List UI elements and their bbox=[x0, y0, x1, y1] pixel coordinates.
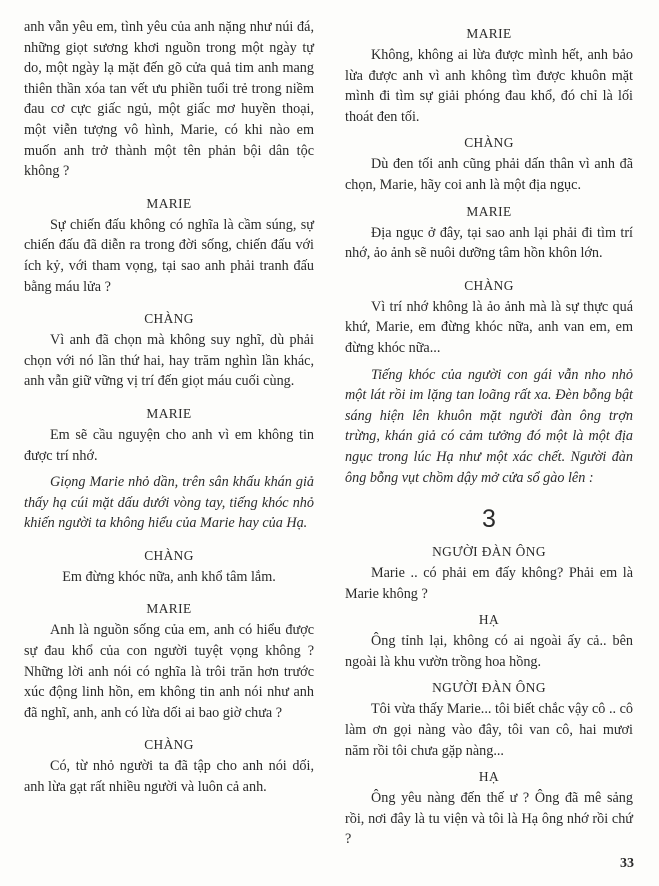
speaker-name: HẠ bbox=[345, 767, 633, 787]
dialogue-text: Ông yêu nàng đến thế ư ? Ông đã mê sảng … bbox=[345, 788, 633, 850]
speaker-name: MARIE bbox=[24, 194, 314, 214]
left-column: anh vẫn yêu em, tình yêu của anh nặng nh… bbox=[24, 0, 314, 804]
dialogue-text: Không, không ai lừa được mình hết, anh b… bbox=[345, 45, 633, 127]
right-column: MARIE Không, không ai lừa được mình hết,… bbox=[345, 0, 633, 856]
dialogue-text: Marie .. có phải em đấy không? Phải em l… bbox=[345, 563, 633, 604]
dialogue-text: Vì anh đã chọn mà không suy nghĩ, dù phả… bbox=[24, 330, 314, 392]
speaker-name: CHÀNG bbox=[24, 309, 314, 329]
speaker-name: CHÀNG bbox=[24, 546, 314, 566]
speaker-name: CHÀNG bbox=[345, 133, 633, 153]
speaker-name: CHÀNG bbox=[24, 735, 314, 755]
dialogue-text: Anh là nguồn sống của em, anh có hiểu đư… bbox=[24, 620, 314, 723]
speaker-name: MARIE bbox=[24, 404, 314, 424]
speaker-name: MARIE bbox=[24, 599, 314, 619]
speaker-name: NGƯỜI ĐÀN ÔNG bbox=[345, 542, 633, 562]
dialogue-text: Sự chiến đấu không có nghĩa là cầm súng,… bbox=[24, 215, 314, 297]
speaker-name: CHÀNG bbox=[345, 276, 633, 296]
speaker-name: NGƯỜI ĐÀN ÔNG bbox=[345, 678, 633, 698]
dialogue-text: Tôi vừa thấy Marie... tôi biết chắc vậy … bbox=[345, 699, 633, 761]
dialogue-text: Em đừng khóc nữa, anh khổ tâm lắm. bbox=[24, 567, 314, 588]
scene-number: 3 bbox=[345, 504, 633, 534]
dialogue-text: Ông tỉnh lại, không có ai ngoài ấy cả.. … bbox=[345, 631, 633, 672]
speaker-name: HẠ bbox=[345, 610, 633, 630]
dialogue-text: Dù đen tối anh cũng phải dấn thân vì anh… bbox=[345, 154, 633, 195]
dialogue-text: Địa ngục ở đây, tại sao anh lại phải đi … bbox=[345, 223, 633, 264]
stage-direction: Giọng Marie nhỏ dần, trên sân khấu khán … bbox=[24, 472, 314, 534]
dialogue-text: Có, từ nhỏ người ta đã tập cho anh nói d… bbox=[24, 756, 314, 797]
speaker-name: MARIE bbox=[345, 24, 633, 44]
stage-direction: Tiếng khóc của người con gái vẫn nho nhỏ… bbox=[345, 365, 633, 489]
dialogue-text: anh vẫn yêu em, tình yêu của anh nặng nh… bbox=[24, 17, 314, 182]
dialogue-text: Em sẽ cầu nguyện cho anh vì em không tin… bbox=[24, 425, 314, 466]
page-number: 33 bbox=[620, 856, 634, 872]
dialogue-text: Vì trí nhớ không là ảo ảnh mà là sự thực… bbox=[345, 297, 633, 359]
speaker-name: MARIE bbox=[345, 202, 633, 222]
